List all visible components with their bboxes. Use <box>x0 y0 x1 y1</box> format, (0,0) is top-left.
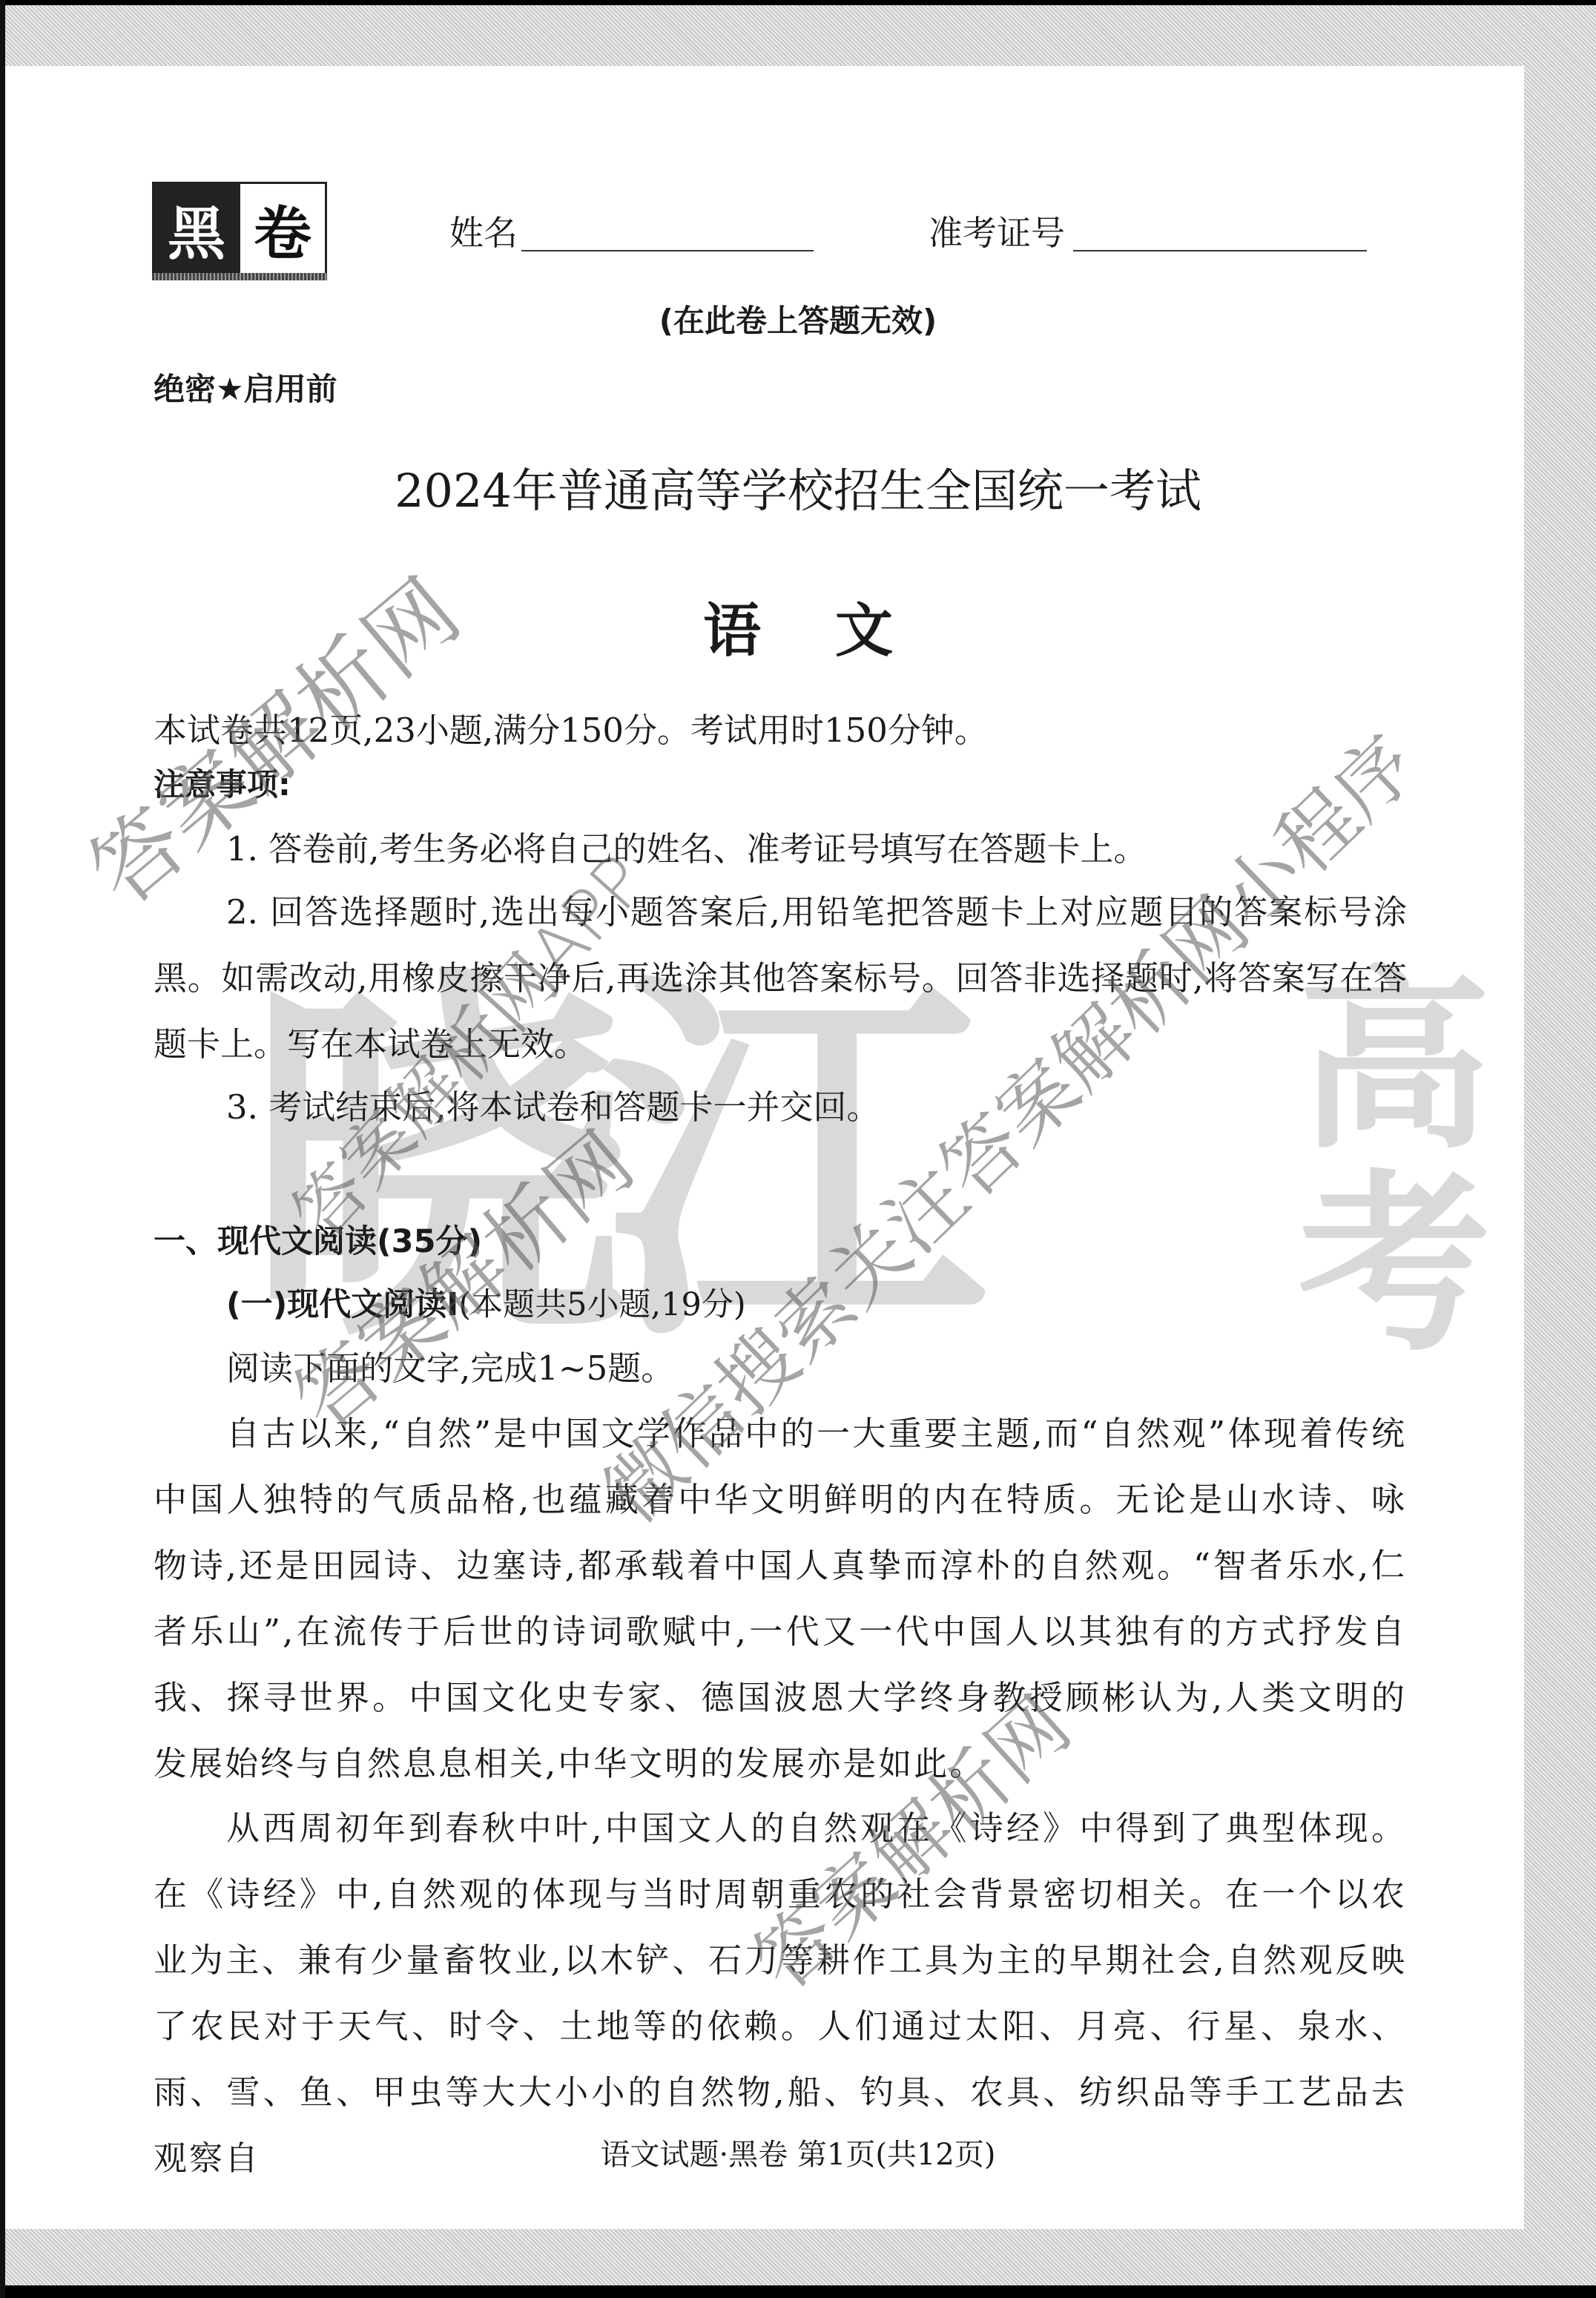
exam-title: 2024年普通高等学校招生全国统一考试 <box>0 454 1596 520</box>
name-label: 姓名 <box>449 206 518 255</box>
secret-label: 绝密★启用前 <box>154 365 337 409</box>
invalid-notice: (在此卷上答题无效) <box>0 297 1596 341</box>
scan-margin-bottom <box>0 2229 1596 2285</box>
logo-left-char: 黑 <box>154 184 239 274</box>
scan-border-bottom <box>0 2285 1596 2298</box>
note-item-3: 3. 考试结束后,将本试卷和答题卡一并交回。 <box>154 1074 1407 1140</box>
scan-margin-top <box>0 5 1596 66</box>
section-title: 一、现代文阅读(35分) <box>154 1217 482 1262</box>
scan-border-top <box>0 0 1596 5</box>
ticket-number-label: 准考证号 <box>929 206 1065 255</box>
subsection-title: (一)现代文阅读Ⅰ(本题共5小题,19分) <box>226 1280 746 1325</box>
book-icon-base <box>152 273 327 280</box>
notes-title: 注意事项: <box>154 760 291 805</box>
page-footer: 语文试题·黑卷 第1页(共12页) <box>0 2131 1596 2173</box>
reading-instruction: 阅读下面的文字,完成1~5题。 <box>154 1335 1407 1401</box>
subsection-label: (一)现代文阅读Ⅰ <box>226 1286 458 1323</box>
logo-right-char: 卷 <box>239 184 325 274</box>
note-item-2: 2. 回答选择题时,选出每小题答案后,用铅笔把答题卡上对应题目的答案标号涂黑。如… <box>154 879 1407 1077</box>
subsection-detail: (本题共5小题,19分) <box>458 1286 745 1323</box>
exam-intro: 本试卷共12页,23小题,满分150分。考试用时150分钟。 <box>154 697 1407 763</box>
black-paper-logo: 黑 卷 <box>152 182 327 277</box>
subject-title: 语文 <box>0 585 1596 668</box>
ticket-number-field[interactable] <box>1073 250 1367 251</box>
name-field[interactable] <box>521 250 814 251</box>
scan-border-left <box>0 0 5 2298</box>
scan-margin-right <box>1524 5 1596 2286</box>
passage-paragraph-1: 自古以来,“自然”是中国文学作品中的一大重要主题,而“自然观”体现着传统中国人独… <box>154 1400 1407 1797</box>
note-item-1: 1. 答卷前,考生务必将自己的姓名、准考证号填写在答题卡上。 <box>154 816 1407 882</box>
